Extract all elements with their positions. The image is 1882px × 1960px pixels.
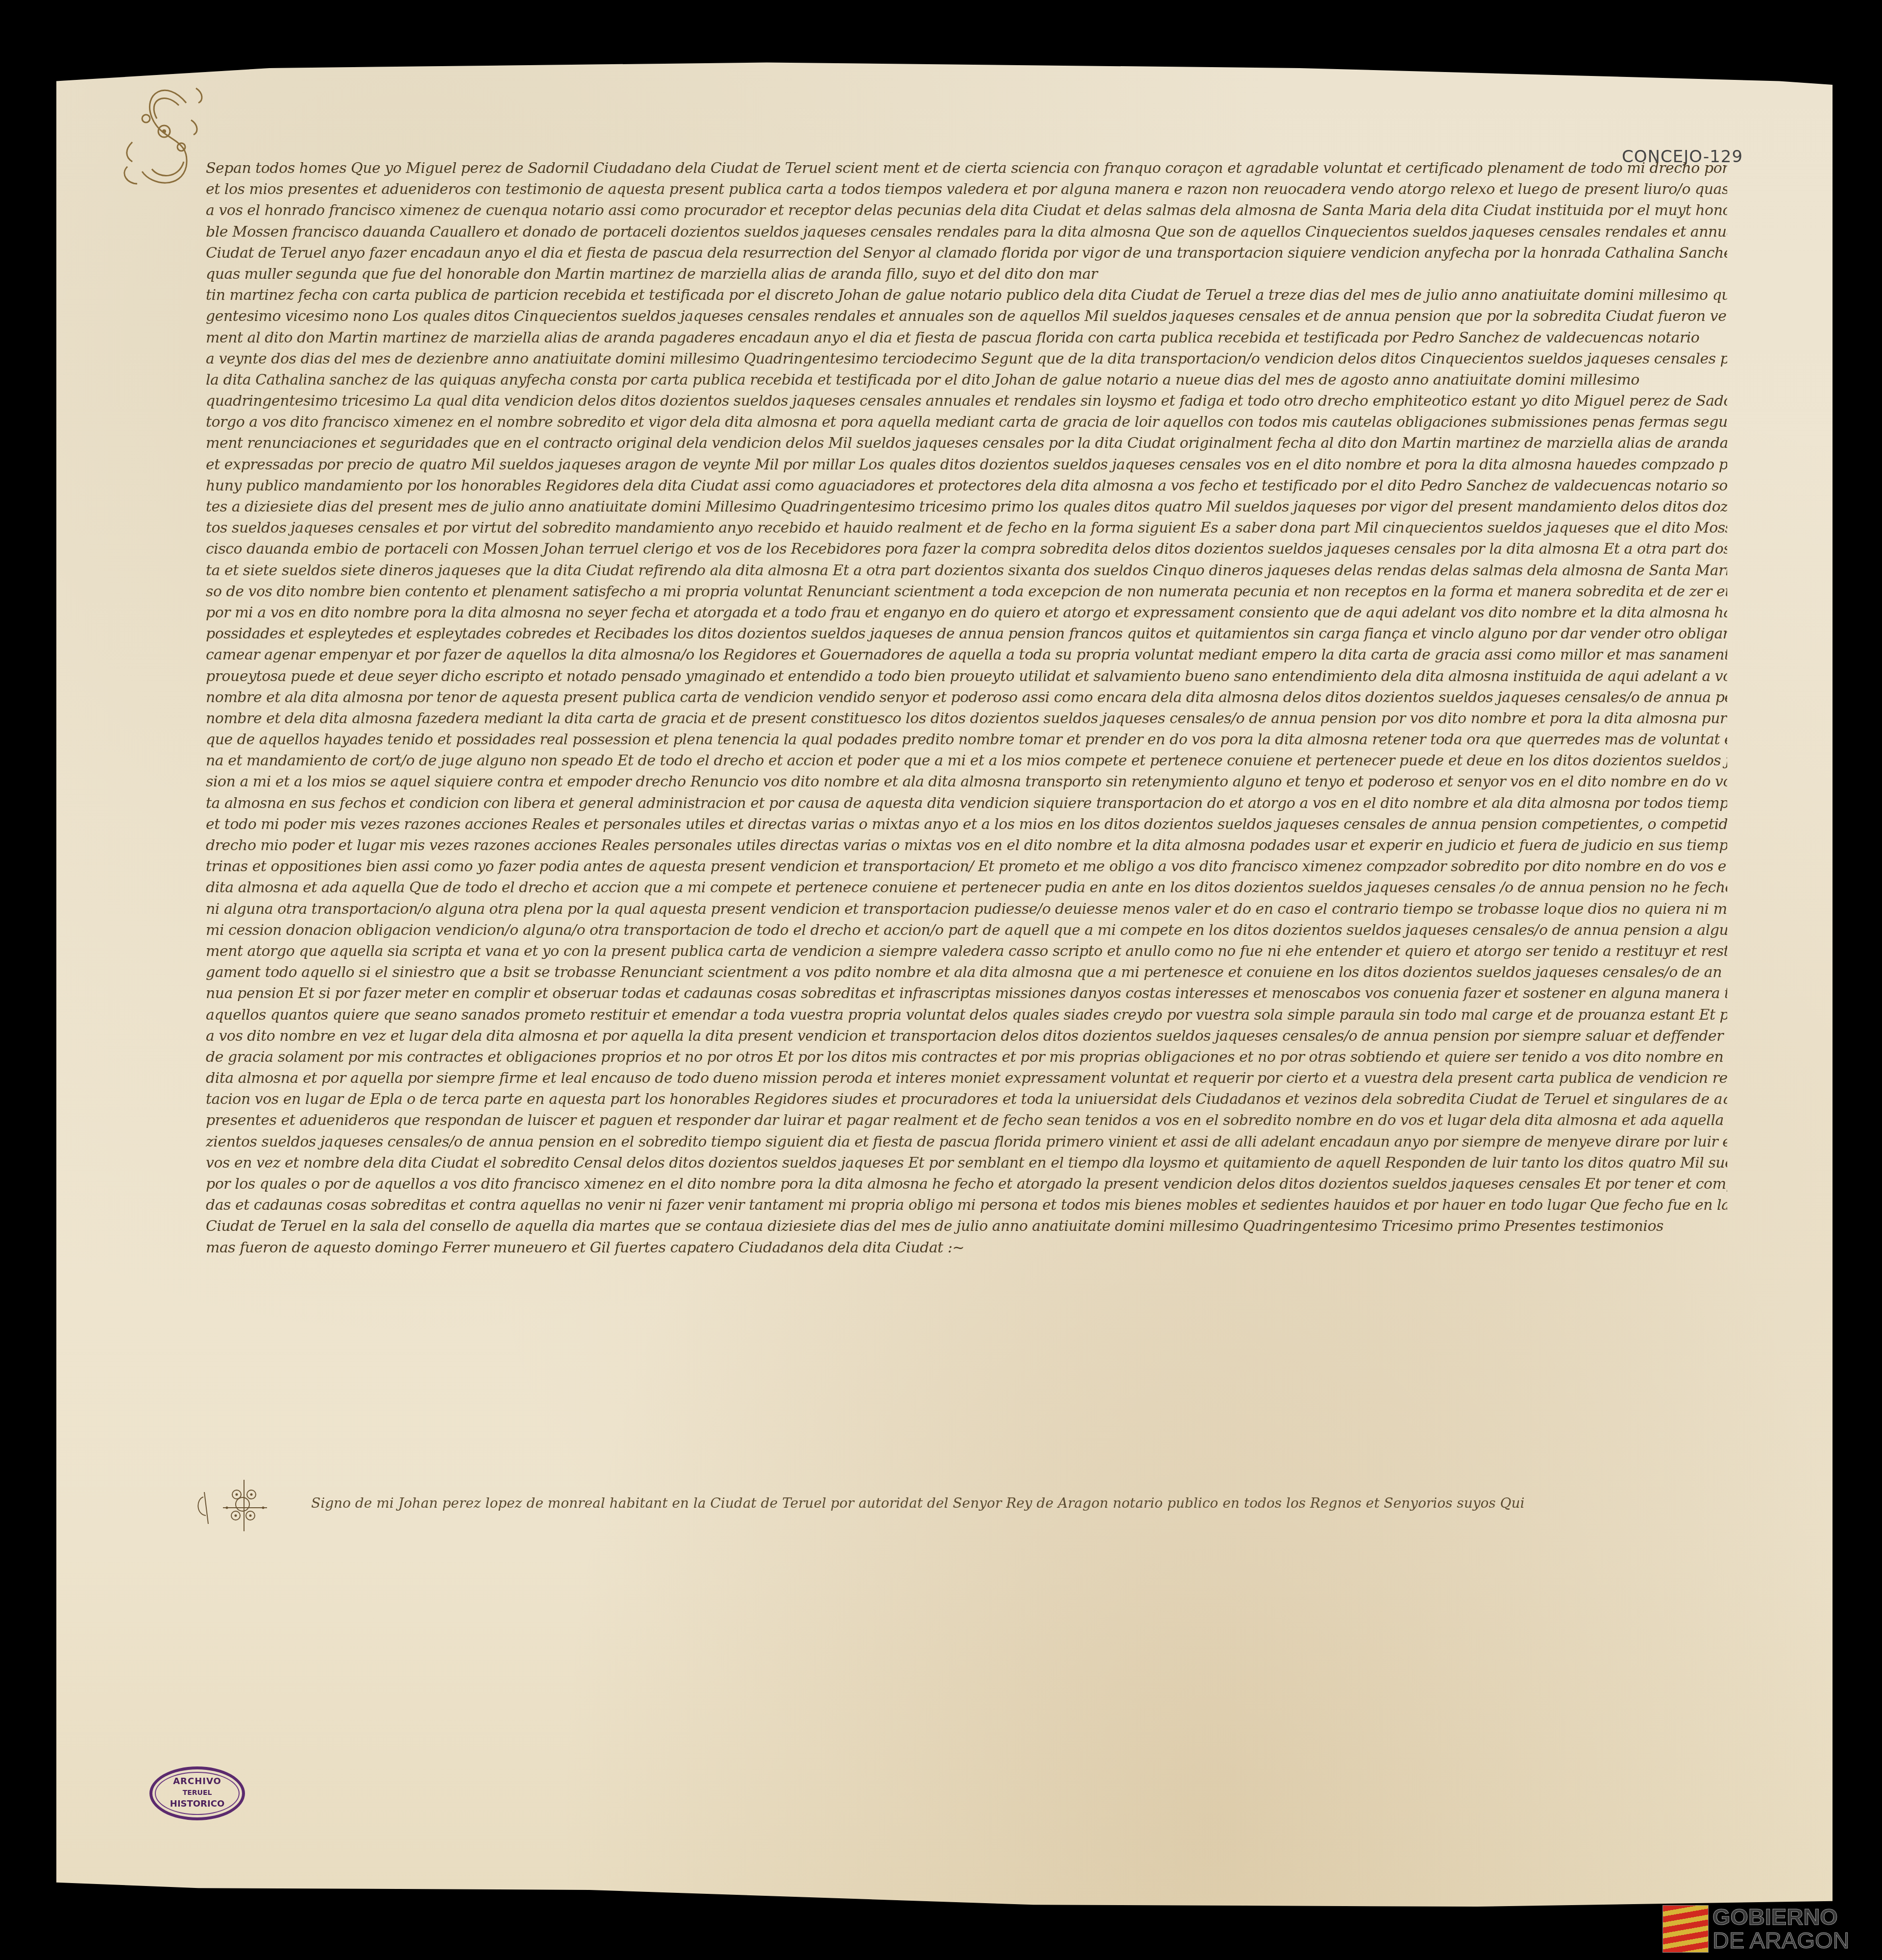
manuscript-line: proueytosa puede et deue seyer dicho esc…	[206, 666, 1727, 687]
manuscript-line: tes a diziesiete dias del present mes de…	[206, 496, 1727, 517]
manuscript-line: et todo mi poder mis vezes razones accio…	[206, 814, 1727, 835]
decorated-initial-icon	[113, 73, 211, 191]
manuscript-line: vos en vez et nombre dela dita Ciudat el…	[206, 1152, 1727, 1174]
manuscript-line: ni alguna otra transportacion/o alguna o…	[206, 899, 1727, 920]
manuscript-line: dita almosna et ada aquella Que de todo …	[206, 877, 1727, 898]
manuscript-line: et los mios presentes et aduenideros con…	[206, 179, 1727, 200]
manuscript-line: trinas et oppositiones bien assi como yo…	[206, 856, 1727, 877]
manuscript-line: mi cession donacion obligacion vendicion…	[206, 920, 1727, 941]
manuscript-line: tin martinez fecha con carta publica de …	[206, 285, 1727, 306]
manuscript-line: nombre et ala dita almosna por tenor de …	[206, 687, 1727, 708]
manuscript-body: Sepan todos homes Que yo Miguel perez de…	[206, 158, 1727, 1364]
manuscript-line: la dita Cathalina sanchez de las quiquas…	[206, 369, 1727, 391]
manuscript-line: ta almosna en sus fechos et condicion co…	[206, 793, 1727, 814]
stamp-line-historico: HISTORICO	[152, 1799, 242, 1809]
manuscript-line	[206, 1322, 1727, 1343]
manuscript-line: quas muller segunda que fue del honorabl…	[206, 264, 1727, 285]
stamp-line-archivo: ARCHIVO	[152, 1776, 242, 1787]
manuscript-line: gament todo aquello si el siniestro que …	[206, 962, 1727, 983]
manuscript-line: aquellos quantos quiere que seano sanado…	[206, 1004, 1727, 1026]
manuscript-line: cisco dauanda embio de portaceli con Mos…	[206, 539, 1727, 560]
manuscript-line: tos sueldos jaqueses censales et por vir…	[206, 517, 1727, 539]
manuscript-line: das et cadaunas cosas sobreditas et cont…	[206, 1195, 1727, 1216]
manuscript-line: por mi a vos en dito nombre pora la dita…	[206, 602, 1727, 623]
manuscript-line	[206, 1279, 1727, 1300]
manuscript-line	[206, 1343, 1727, 1364]
manuscript-line: que de aquellos hayades tenido et possid…	[206, 729, 1727, 750]
manuscript-line: na et mandamiento de cort/o de juge algu…	[206, 750, 1727, 771]
manuscript-line: por los quales o por de aquellos a vos d…	[206, 1174, 1727, 1195]
manuscript-line: nua pension Et si por fazer meter en com…	[206, 983, 1727, 1004]
manuscript-line: tacion vos en lugar de Epla o de terca p…	[206, 1089, 1727, 1110]
manuscript-line: gentesimo vicesimo nono Los quales ditos…	[206, 306, 1727, 327]
notary-signature: Signo de mi Johan perez lopez de monreal…	[194, 1477, 1727, 1531]
manuscript-line: de gracia solament por mis contractes et…	[206, 1047, 1727, 1068]
logo-line-1: GOBIERNO	[1712, 1905, 1838, 1928]
manuscript-line: huny publico mandamiento por los honorab…	[206, 475, 1727, 496]
manuscript-line: a veynte dos dias del mes de dezienbre a…	[206, 348, 1727, 369]
manuscript-line: drecho mio poder et lugar mis vezes razo…	[206, 835, 1727, 856]
manuscript-line: a vos el honrado francisco ximenez de cu…	[206, 200, 1727, 221]
manuscript-line	[206, 1258, 1727, 1279]
manuscript-line: camear agenar empenyar et por fazer de a…	[206, 644, 1727, 665]
manuscript-line: Sepan todos homes Que yo Miguel perez de…	[206, 158, 1727, 179]
manuscript-line: Ciudat de Teruel en la sala del consello…	[206, 1216, 1727, 1237]
manuscript-line: et expressadas por precio de quatro Mil …	[206, 454, 1727, 475]
notary-signature-text: Signo de mi Johan perez lopez de monreal…	[311, 1495, 1727, 1511]
manuscript-line: ment al dito don Martin martinez de marz…	[206, 327, 1727, 348]
manuscript-line: quadringentesimo tricesimo La qual dita …	[206, 391, 1727, 412]
manuscript-line	[206, 1300, 1727, 1322]
manuscript-line: ta et siete sueldos siete dineros jaques…	[206, 560, 1727, 581]
manuscript-line: so de vos dito nombre bien contento et p…	[206, 581, 1727, 602]
manuscript-line: torgo a vos dito francisco ximenez en el…	[206, 412, 1727, 433]
manuscript-line: zientos sueldos jaqueses censales/o de a…	[206, 1131, 1727, 1152]
manuscript-line: dita almosna et por aquella por siempre …	[206, 1068, 1727, 1089]
manuscript-line: ment atorgo que aquella sia scripta et v…	[206, 941, 1727, 962]
manuscript-line: a vos dito nombre en vez et lugar dela d…	[206, 1026, 1727, 1047]
archive-stamp: ARCHIVO TERUEL HISTORICO	[149, 1766, 245, 1820]
aragon-flag-icon	[1662, 1905, 1709, 1953]
notarial-sign-icon	[194, 1477, 311, 1531]
manuscript-line: nombre et dela dita almosna fazedera med…	[206, 708, 1727, 729]
manuscript-line: ble Mossen francisco dauanda Cauallero e…	[206, 221, 1727, 243]
manuscript-line: sion a mi et a los mios se aquel siquier…	[206, 771, 1727, 792]
manuscript-line: possidades et espleytedes et espleytades…	[206, 623, 1727, 644]
stamp-line-teruel: TERUEL	[152, 1789, 242, 1797]
manuscript-line: Ciudat de Teruel anyo fazer encadaun any…	[206, 243, 1727, 264]
manuscript-line: mas fueron de aquesto domingo Ferrer mun…	[206, 1237, 1727, 1258]
manuscript-line: presentes et aduenideros que respondan d…	[206, 1110, 1727, 1131]
logo-line-2: DE ARAGON	[1712, 1929, 1849, 1952]
gobierno-aragon-logo: GOBIERNO DE ARAGON	[1662, 1905, 1878, 1954]
manuscript-line: ment renunciaciones et seguridades que e…	[206, 433, 1727, 454]
